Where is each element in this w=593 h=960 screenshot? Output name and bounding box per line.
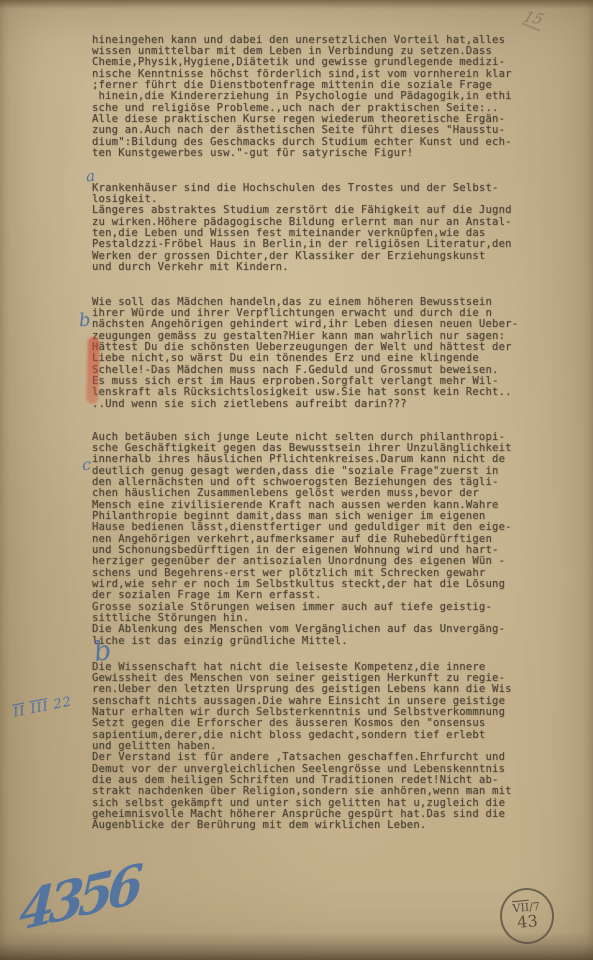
- typewritten-paragraph-3: Wie soll das Mädchen handeln,das zu eine…: [92, 297, 518, 410]
- red-pencil-mark: [86, 337, 100, 404]
- typewritten-paragraph-4: Auch betäuben sich junge Leute nicht sel…: [92, 432, 512, 648]
- page-bottom-edge-shadow: [0, 932, 593, 960]
- margin-annotation-a: a: [85, 167, 96, 186]
- typewritten-paragraph-2: Krankenhäuser sind die Hochschulen des T…: [92, 183, 512, 274]
- stamp-line-2: 43: [517, 913, 539, 931]
- typewritten-paragraph-1: hineingehen kann und dabei den unersetzl…: [92, 35, 512, 160]
- margin-annotation-c: c: [82, 455, 92, 474]
- page-top-edge-shadow: [0, 0, 593, 9]
- margin-annotation-b1: b: [78, 310, 91, 332]
- roman-numeral-1: II: [12, 703, 27, 720]
- typewritten-paragraph-5: Die Wissenschaft hat nicht die leiseste …: [92, 662, 512, 832]
